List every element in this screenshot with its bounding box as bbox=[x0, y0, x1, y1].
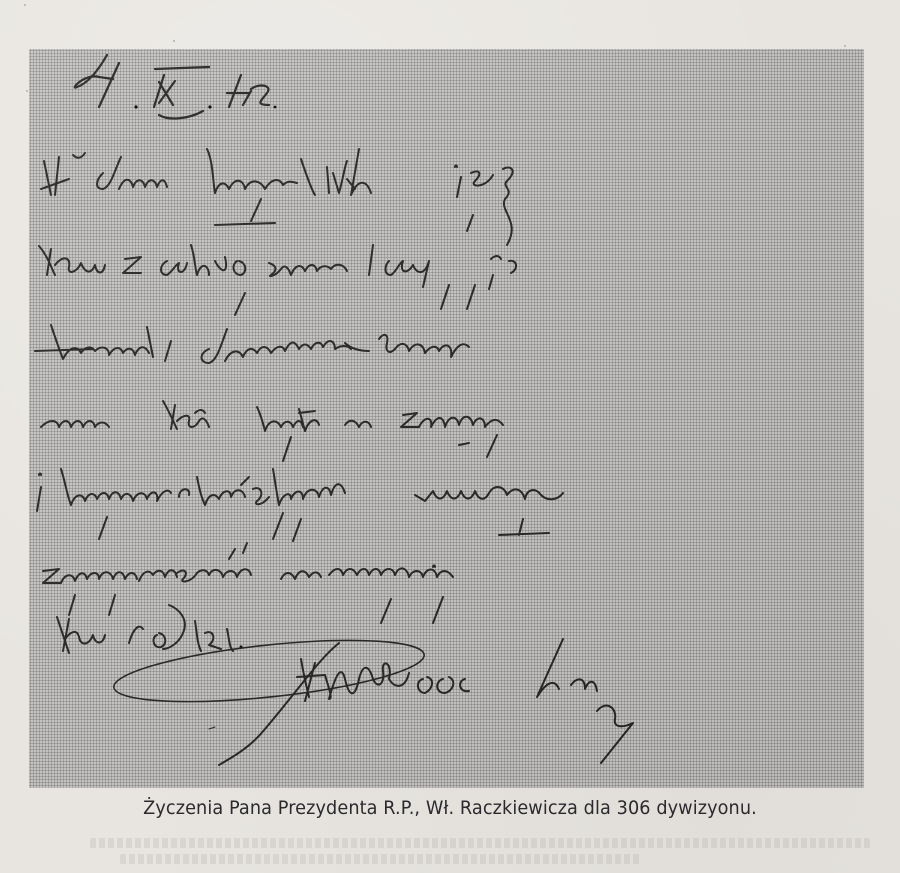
bleed-through-text bbox=[90, 838, 870, 848]
line-2-strokes bbox=[39, 245, 516, 315]
handwriting-strokes bbox=[29, 49, 864, 788]
paper-speck bbox=[844, 45, 846, 47]
line-5-strokes bbox=[37, 469, 563, 541]
date-strokes bbox=[75, 55, 277, 118]
line-4-strokes bbox=[41, 401, 503, 461]
line-7-strokes bbox=[57, 605, 243, 653]
photo-caption: Życzenia Pana Prezydenta R.P., Wł. Raczk… bbox=[32, 797, 869, 819]
paper-speck bbox=[173, 40, 175, 42]
letter-photograph: 4. IX. 42. W dniu Waszego Święta życzę W… bbox=[29, 49, 864, 788]
bleed-through-text bbox=[120, 854, 640, 864]
line-6-strokes bbox=[43, 543, 453, 623]
line-3-strokes bbox=[35, 325, 469, 363]
signature-strokes-bold bbox=[219, 639, 633, 765]
signature-strokes bbox=[111, 629, 427, 713]
line-1-strokes bbox=[41, 149, 513, 245]
paper-speck bbox=[24, 4, 26, 6]
paper-speck bbox=[26, 90, 28, 92]
